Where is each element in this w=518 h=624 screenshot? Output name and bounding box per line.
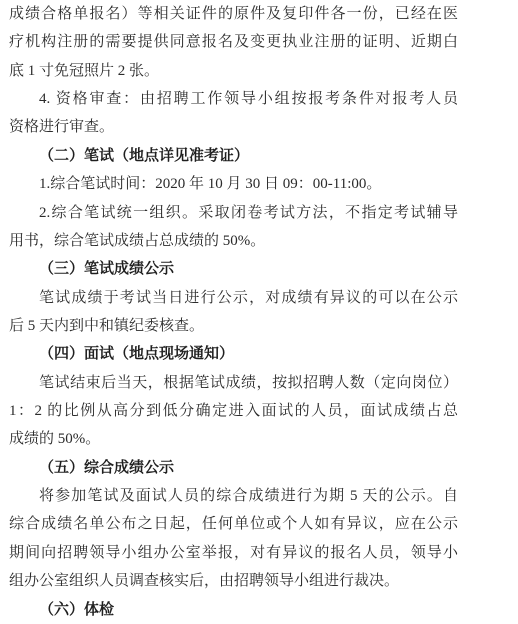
text-line: 成绩合格单报名）等相关证件的原件及复印件各一份，已经在医 xyxy=(9,0,458,28)
text-line: 成绩的 50%。 xyxy=(9,425,458,453)
section-heading: （六）体检 xyxy=(9,596,458,624)
text-line: 疗机构注册的需要提供同意报名及变更执业注册的证明、近期白 xyxy=(9,28,458,56)
text-line: 1.综合笔试时间：2020 年 10 月 30 日 09：00-11:00。 xyxy=(9,170,458,198)
text-line: 底 1 寸免冠照片 2 张。 xyxy=(9,57,458,85)
text-line: 将参加笔试及面试人员的综合成绩进行为期 5 天的公示。自 xyxy=(9,482,458,510)
text-line: 用书，综合笔试成绩占总成绩的 50%。 xyxy=(9,227,458,255)
text-line: 4. 资格审查：由招聘工作领导小组按报考条件对报考人员 xyxy=(9,85,458,113)
text-line: 1：2 的比例从高分到低分确定进入面试的人员，面试成绩占总 xyxy=(9,397,458,425)
text-line: 组办公室组织人员调查核实后，由招聘领导小组进行裁决。 xyxy=(9,567,458,595)
section-heading: （四）面试（地点现场通知） xyxy=(9,340,458,368)
text-line: 2.综合笔试统一组织。采取闭卷考试方法，不指定考试辅导 xyxy=(9,199,458,227)
text-line: 期间向招聘领导小组办公室举报，对有异议的报名人员，领导小 xyxy=(9,539,458,567)
section-heading: （五）综合成绩公示 xyxy=(9,454,458,482)
section-heading: （二）笔试（地点详见准考证） xyxy=(9,142,458,170)
section-heading: （三）笔试成绩公示 xyxy=(9,255,458,283)
text-line: 笔试成绩于考试当日进行公示，对成绩有异议的可以在公示 xyxy=(9,284,458,312)
text-line: 资格进行审查。 xyxy=(9,113,458,141)
text-line: 后 5 天内到中和镇纪委核查。 xyxy=(9,312,458,340)
text-line: 综合成绩名单公布之日起，任何单位或个人如有异议，应在公示 xyxy=(9,510,458,538)
document-page: 成绩合格单报名）等相关证件的原件及复印件各一份，已经在医 疗机构注册的需要提供同… xyxy=(0,0,518,624)
text-line: 笔试结束后当天，根据笔试成绩，按拟招聘人数（定向岗位） xyxy=(9,369,458,397)
